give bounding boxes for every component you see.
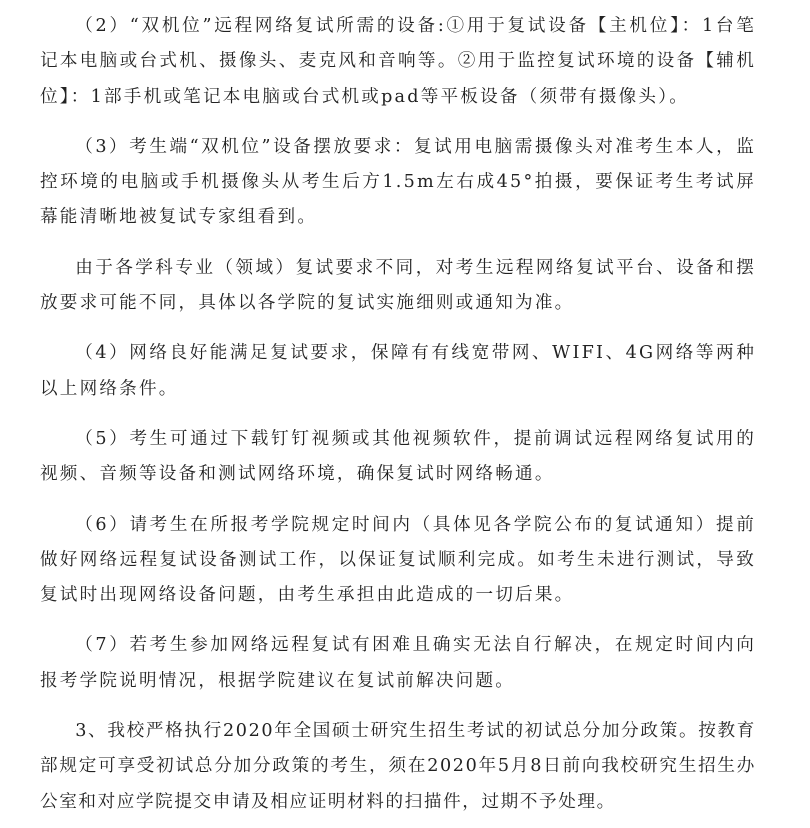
paragraph-difficulty-resolution: （7）若考生参加网络远程复试有困难且确实无法自行解决，在规定时间内向报考学院说明… xyxy=(40,628,756,699)
paragraph-device-placement: （3）考生端“双机位”设备摆放要求：复试用电脑需摄像头对准考生本人，监控环境的电… xyxy=(40,130,756,236)
paragraph-dual-camera-equipment: （2）“双机位”远程网络复试所需的设备:①用于复试设备【主机位】：1台笔记本电脑… xyxy=(40,9,756,115)
paragraph-bonus-points-policy: 3、我校严格执行2020年全国硕士研究生招生考试的初试总分加分政策。按教育部规定… xyxy=(40,714,756,820)
document-body: （2）“双机位”远程网络复试所需的设备:①用于复试设备【主机位】：1台笔记本电脑… xyxy=(40,9,756,828)
paragraph-college-specific-note: 由于各学科专业（领域）复试要求不同，对考生远程网络复试平台、设备和摆放要求可能不… xyxy=(40,251,756,322)
paragraph-advance-testing: （6）请考生在所报考学院规定时间内（具体见各学院公布的复试通知）提前做好网络远程… xyxy=(40,508,756,614)
paragraph-network-requirements: （4）网络良好能满足复试要求，保障有有线宽带网、WIFI、4G网络等两种以上网络… xyxy=(40,336,756,407)
paragraph-software-testing: （5）考生可通过下载钉钉视频或其他视频软件，提前调试远程网络复试用的视频、音频等… xyxy=(40,422,756,493)
